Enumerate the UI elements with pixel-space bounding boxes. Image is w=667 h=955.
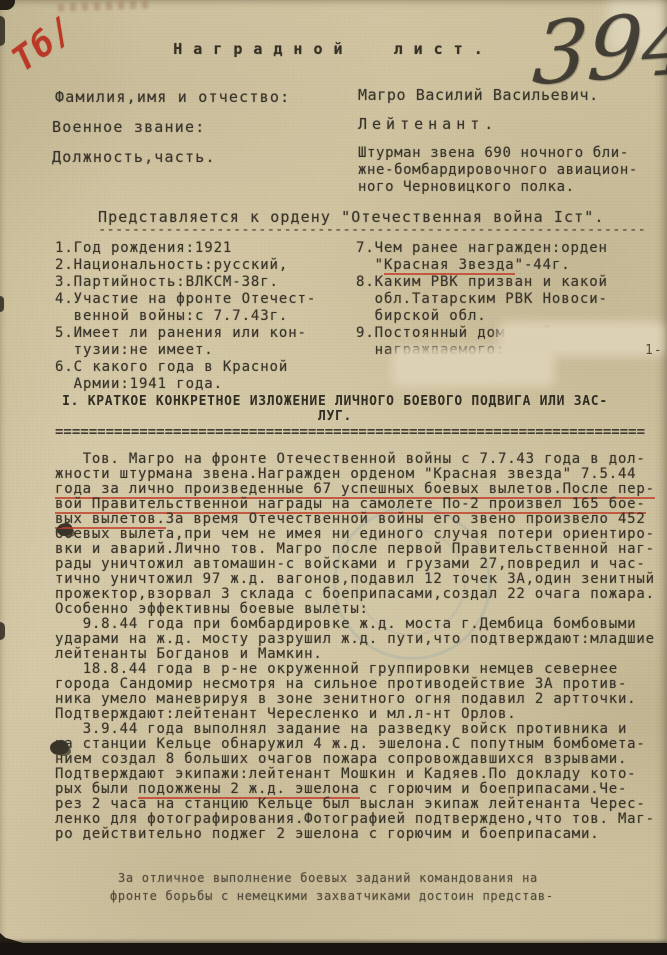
typed-text: 8.Каким РВК призван и какой обл.Татарски…: [356, 274, 608, 324]
scan-edge-mark: [0, 296, 4, 312]
paragraph: 3.9.44 года выполнял задание на разведку…: [55, 722, 667, 842]
redaction-patch: [398, 354, 548, 380]
handwritten-number: 394: [530, 0, 667, 98]
questionnaire-left-column: 1.Год рождения:19212.Национальность:русс…: [55, 240, 357, 393]
typed-text: За отличное выполнение боевых заданий ко…: [110, 871, 554, 903]
section-heading-line1: I. КРАТКОЕ КОНКРЕТНОЕ ИЗЛОЖЕНИЕ ЛИЧНОГО …: [40, 394, 630, 409]
typed-text: 5.Имеет ли ранения или кон- тузии:не име…: [55, 325, 307, 358]
duty-value: Штурман звена 690 ночного бли- жне-бомба…: [358, 145, 638, 196]
scan-edge-mark: [0, 622, 5, 640]
questionnaire-item: 2.Национальность:русский,: [55, 257, 357, 274]
rank-label: Военное звание:: [52, 118, 205, 136]
dashed-divider: ----------------------------------------…: [98, 222, 646, 238]
typed-text: 6.С какого года в Красной Армии:1941 год…: [55, 359, 288, 392]
typed-text: 2.Национальность:русский,: [55, 257, 288, 273]
body-text: Тов. Магро на фронте Отечественной войны…: [55, 452, 667, 905]
questionnaire-item: 7.Чем ранее награжден:орден "Красная Зве…: [356, 240, 661, 274]
margin-tick-mark: 1-: [645, 343, 663, 358]
document-page: Тб/ Наградной лист. 394 Фамилия,имя и от…: [0, 0, 667, 955]
questionnaire-item: 4.Участие на фронте Отечест- венной войн…: [55, 291, 357, 325]
name-label: Фамилия,имя и отчество:: [55, 88, 290, 106]
typed-text: 18.8.44 года в р-не окруженной группиров…: [55, 661, 636, 722]
paragraph: За отличное выполнение боевых заданий ко…: [110, 869, 667, 905]
paragraph: 18.8.44 года в р-не окруженной группиров…: [55, 662, 667, 722]
paragraph: Тов. Магро на фронте Отечественной войны…: [55, 452, 667, 617]
typed-text: "-44г.: [515, 257, 571, 273]
typed-text: 4.Участие на фронте Отечест- венной войн…: [55, 291, 316, 324]
scan-bottom-edge: [0, 943, 667, 955]
rank-value: Лейтенант.: [358, 116, 498, 133]
double-divider: ========================================…: [55, 424, 645, 440]
name-value: Магро Василий Васильевич.: [358, 87, 599, 104]
questionnaire-item: 8.Каким РВК призван и какой обл.Татарски…: [356, 274, 661, 325]
typed-text: За время Отечественной войны его звено п…: [55, 511, 655, 617]
faint-pencil-scribble: [58, 0, 153, 11]
red-underlined-text: Красная Звезда: [384, 257, 515, 275]
section-heading-line2: ЛУГ.: [40, 409, 630, 424]
typed-text: 1.Год рождения:1921: [55, 240, 232, 256]
questionnaire-item: 5.Имеет ли ранения или кон- тузии:не име…: [55, 325, 357, 359]
paragraph: 9.8.44 года при бомбардировке ж.д. моста…: [55, 617, 667, 662]
questionnaire-item: 1.Год рождения:1921: [55, 240, 357, 257]
redaction-patch: [505, 328, 657, 350]
scan-corner-mark: [0, 0, 15, 10]
typed-text: Тов. Магро на фронте Отечественной войны…: [55, 451, 646, 482]
typed-text: 3.Партийность:ВЛКСМ-38г.: [55, 274, 279, 290]
questionnaire-item: 3.Партийность:ВЛКСМ-38г.: [55, 274, 357, 291]
duty-label: Должность,часть.: [52, 148, 216, 166]
questionnaire-item: 6.С какого года в Красной Армии:1941 год…: [55, 359, 357, 393]
typed-text: 9.8.44 года при бомбардировке ж.д. моста…: [55, 616, 655, 662]
